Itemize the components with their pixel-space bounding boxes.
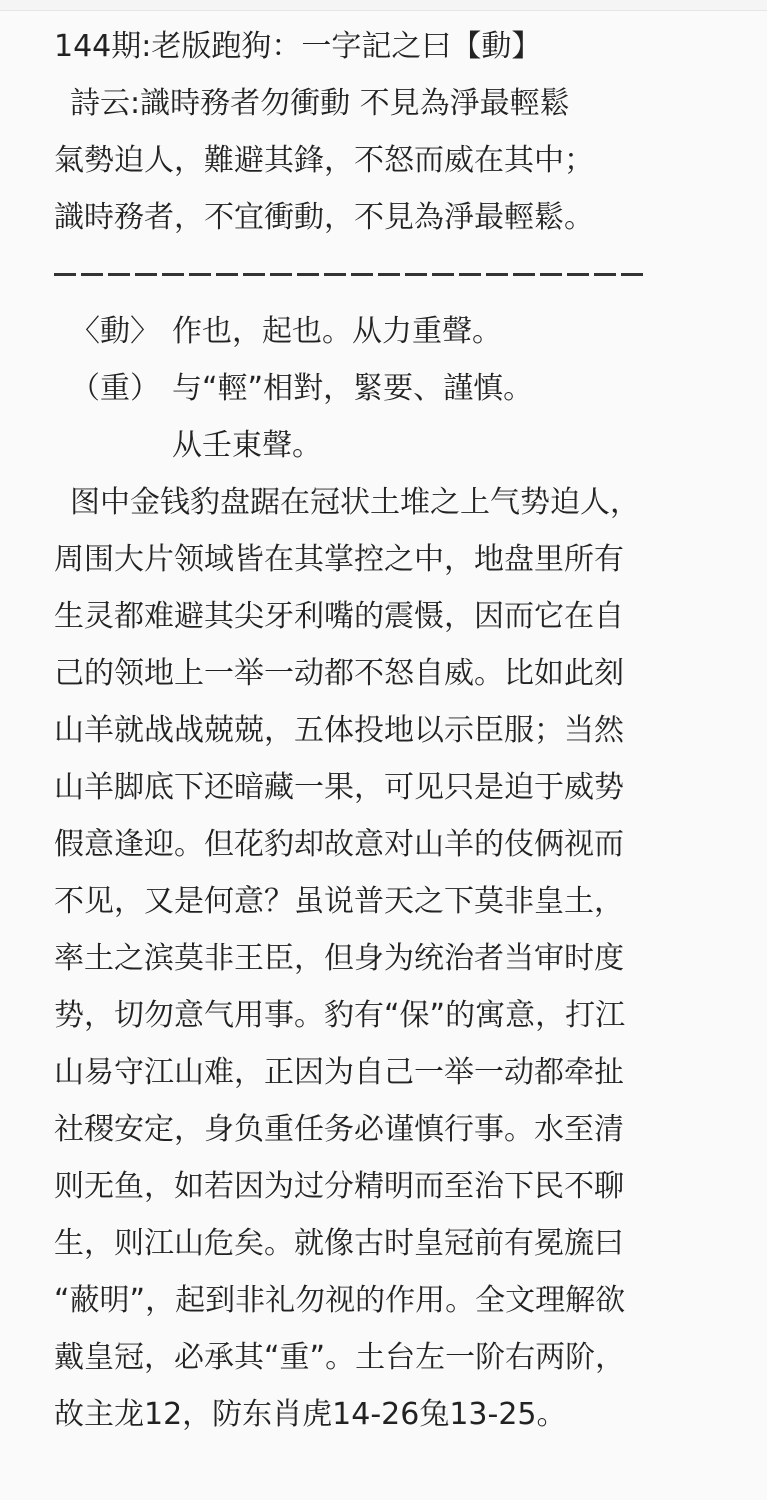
body-line: 图中金钱豹盘踞在冠状土堆之上气势迫人， [54,474,714,531]
dash-segment [486,273,508,276]
poem-line-1: 氣勢迫人，難避其鋒，不怒而威在其中； [54,132,714,189]
dash-segment [162,273,184,276]
body-line: 山羊就战战兢兢，五体投地以示臣服；当然 [54,702,714,759]
body-line: 势，切勿意气用事。豹有“保”的寓意，打江 [54,987,714,1044]
dash-segment [594,273,616,276]
body-line: 山羊脚底下还暗藏一果，可见只是迫于威势 [54,759,714,816]
dash-segment [81,273,103,276]
body-line: 率土之滨莫非王臣，但身为统治者当审时度 [54,930,714,987]
definition-row: （重）与“輕”相對，緊要、謹慎。 [54,360,714,417]
body-line: 则无鱼，如若因为过分精明而至治下民不聊 [54,1158,714,1215]
dash-segment [540,273,562,276]
body-line: 戴皇冠，必承其“重”。土台左一阶右两阶， [54,1329,714,1386]
body-line: “蔽明”，起到非礼勿视的作用。全文理解欲 [54,1272,714,1329]
definition-term: 〈動〉 [70,303,172,360]
dash-segment [216,273,238,276]
article-content: 144期:老版跑狗：一字記之曰【動】 詩云:識時務者勿衝動 不見為淨最輕鬆 氣勢… [54,18,714,1443]
definition-row: 〈動〉作也，起也。从力重聲。 [54,303,714,360]
body-line: 生灵都难避其尖牙利嘴的震慑，因而它在自 [54,588,714,645]
dash-segment [459,273,481,276]
definition-term: （重） [70,360,172,417]
dash-segment [432,273,454,276]
dash-segment [297,273,319,276]
poem-line-2: 識時務者，不宜衝動，不見為淨最輕鬆。 [54,189,714,246]
definition-row: 从壬東聲。 [54,417,714,474]
dash-segment [405,273,427,276]
body-line: 不见，又是何意？虽说普天之下莫非皇土， [54,873,714,930]
body-line: 故主龙12，防东肖虎14-26兔13-25。 [54,1386,714,1443]
dash-segment [351,273,373,276]
dash-segment [567,273,589,276]
body-line: 周围大片领域皆在其掌控之中，地盘里所有 [54,531,714,588]
dash-segment [189,273,211,276]
body-line: 假意逢迎。但花豹却故意对山羊的伎俩视而 [54,816,714,873]
article-title: 144期:老版跑狗：一字記之曰【動】 [54,18,714,75]
poem-intro: 詩云:識時務者勿衝動 不見為淨最輕鬆 [54,75,714,132]
definition-text: 从壬東聲。 [172,428,322,463]
dash-segment [621,273,643,276]
dash-segment [135,273,157,276]
dash-segment [243,273,265,276]
dashed-divider [54,246,714,303]
body-line: 山易守江山难，正因为自己一举一动都牵扯 [54,1044,714,1101]
dash-segment [108,273,130,276]
body-line: 己的领地上一举一动都不怒自威。比如此刻 [54,645,714,702]
dash-segment [54,273,76,276]
dash-segment [378,273,400,276]
body-line: 社稷安定，身负重任务必谨慎行事。水至清 [54,1101,714,1158]
definition-text: 作也，起也。从力重聲。 [172,314,502,349]
definition-text: 与“輕”相對，緊要、謹慎。 [172,371,533,406]
top-bar [0,0,767,11]
body-line: 生，则江山危矣。就像古时皇冠前有冕旒曰 [54,1215,714,1272]
dash-segment [270,273,292,276]
dash-segment [513,273,535,276]
dash-segment [324,273,346,276]
